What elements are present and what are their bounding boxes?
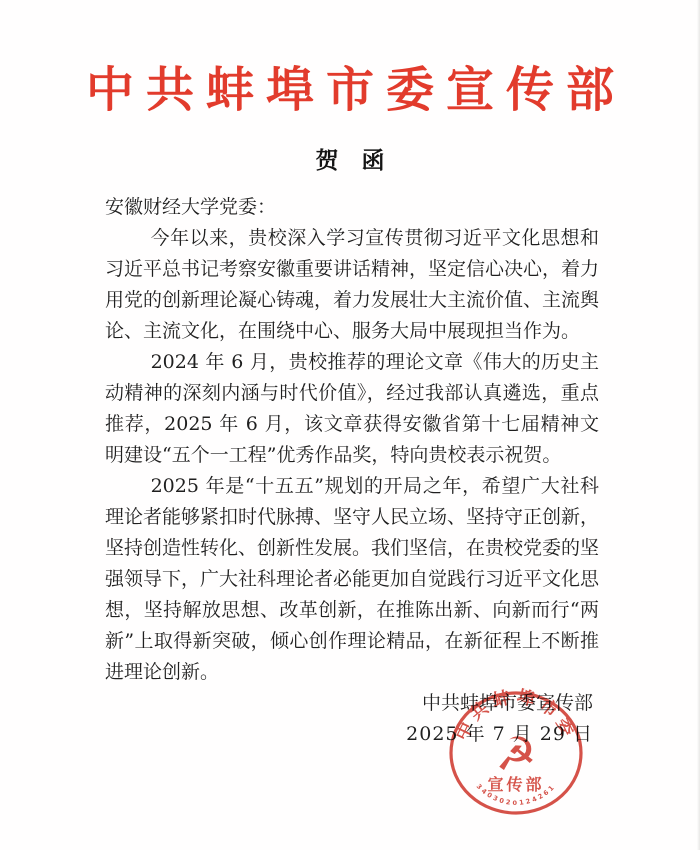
salutation-line: 安徽财经大学党委： (105, 192, 599, 223)
paragraph-2: 2024 年 6 月，贵校推荐的理论文章《伟大的历史主动精神的深刻内涵与时代价值… (105, 347, 599, 471)
document-title: 贺 函 (0, 148, 700, 174)
paragraph-3: 2025 年是“十五五”规划的开局之年，希望广大社科理论者能够紧扣时代脉搏、坚守… (105, 471, 599, 688)
letterhead-title: 中共蚌埠市委宣传部 (0, 64, 700, 116)
hammer-and-sickle-icon: ☭ (495, 727, 536, 781)
paragraph-1: 今年以来，贵校深入学习宣传贯彻习近平文化思想和习近平总书记考察安徽重要讲话精神，… (105, 223, 599, 347)
letter-page: 中共蚌埠市委宣传部 贺 函 安徽财经大学党委： 今年以来，贵校深入学习宣传贯彻习… (0, 0, 700, 850)
closing-block: 中共蚌埠市委宣传部 2025 年 7 月 29 日 (0, 688, 700, 750)
seal-bottom-text: 宣传部 (487, 775, 544, 794)
official-seal: 中共蚌埠市委 ☭ 宣传部 3403020124261 (441, 683, 591, 823)
letter-body: 安徽财经大学党委： 今年以来，贵校深入学习宣传贯彻习近平文化思想和习近平总书记考… (0, 192, 700, 688)
